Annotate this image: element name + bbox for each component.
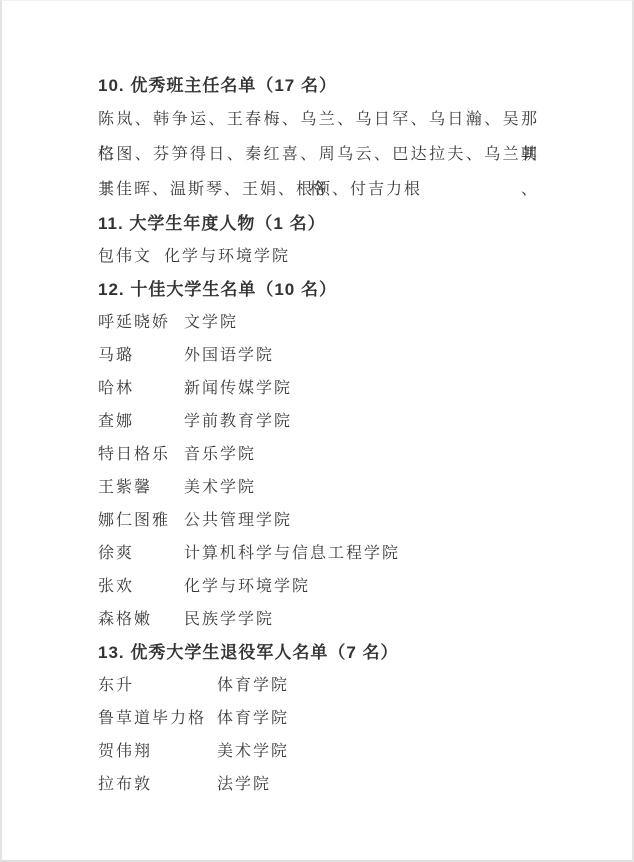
awardee-name: 包伟文: [98, 240, 164, 273]
awardee-college: 体育学院: [217, 702, 539, 735]
awardee-name: 王紫馨: [98, 471, 184, 504]
award-entry-row: 鲁草道毕力格 体育学院: [98, 702, 539, 735]
award-entry-row: 贺伟翔 美术学院: [98, 735, 539, 768]
awardee-college: 美术学院: [184, 471, 539, 504]
awardee-name: 张欢: [98, 570, 184, 603]
awardee-name: 鲁草道毕力格: [98, 702, 217, 735]
awardee-college: 美术学院: [217, 735, 539, 768]
document-content: 10. 优秀班主任名单（17 名） 陈岚、韩争运、王春梅、乌兰、乌日罕、乌日瀚、…: [98, 69, 539, 801]
award-entry-row: 娜仁图雅 公共管理学院: [98, 504, 539, 537]
awardee-college: 学前教育学院: [184, 405, 539, 438]
awardee-name: 徐爽: [98, 537, 184, 570]
awardee-college: 公共管理学院: [184, 504, 539, 537]
award-entry-row: 森格嫩 民族学学院: [98, 603, 539, 636]
award-entry-row: 东升 体育学院: [98, 669, 539, 702]
section-heading-12: 12. 十佳大学生名单（10 名）: [98, 273, 539, 306]
award-entry-row: 张欢 化学与环境学院: [98, 570, 539, 603]
awardee-name: 拉布敦: [98, 768, 217, 801]
document-page: 10. 优秀班主任名单（17 名） 陈岚、韩争运、王春梅、乌兰、乌日罕、乌日瀚、…: [0, 0, 634, 862]
names-paragraph-line: 陈岚、韩争运、王春梅、乌兰、乌日罕、乌日瀚、吴那仁朝: [98, 102, 539, 137]
awardee-college: 法学院: [217, 768, 539, 801]
awardee-college: 民族学学院: [184, 603, 539, 636]
awardee-college: 新闻传媒学院: [184, 372, 539, 405]
awardee-name: 马璐: [98, 339, 184, 372]
award-entry-row: 特日格乐 音乐学院: [98, 438, 539, 471]
section-heading-13: 13. 优秀大学生退役军人名单（7 名）: [98, 636, 539, 669]
award-entry-row: 拉布敦 法学院: [98, 768, 539, 801]
awardee-college: 体育学院: [217, 669, 539, 702]
awardee-college: 计算机科学与信息工程学院: [184, 537, 539, 570]
award-entry-row: 王紫馨 美术学院: [98, 471, 539, 504]
awardee-name: 贺伟翔: [98, 735, 217, 768]
awardee-college: 化学与环境学院: [184, 570, 539, 603]
awardee-name: 哈林: [98, 372, 184, 405]
awardee-college: 音乐学院: [184, 438, 539, 471]
awardee-name: 东升: [98, 669, 217, 702]
section-heading-10: 10. 优秀班主任名单（17 名）: [98, 69, 539, 102]
award-entry-row: 哈林 新闻传媒学院: [98, 372, 539, 405]
section-heading-11: 11. 大学生年度人物（1 名）: [98, 207, 539, 240]
awardee-college: 化学与环境学院: [164, 240, 539, 273]
award-entry-row: 马璐 外国语学院: [98, 339, 539, 372]
awardee-name: 特日格乐: [98, 438, 184, 471]
awardee-college: 文学院: [184, 306, 539, 339]
awardee-name: 呼延晓娇: [98, 306, 184, 339]
awardee-name: 查娜: [98, 405, 184, 438]
award-entry-row: 徐爽 计算机科学与信息工程学院: [98, 537, 539, 570]
award-entry-row: 呼延晓娇 文学院: [98, 306, 539, 339]
awardee-name: 森格嫩: [98, 603, 184, 636]
awardee-name: 娜仁图雅: [98, 504, 184, 537]
awardee-college: 外国语学院: [184, 339, 539, 372]
award-entry-row: 包伟文 化学与环境学院: [98, 240, 539, 273]
names-paragraph-line: 格图、芬笋得日、秦红喜、周乌云、巴达拉夫、乌兰其其格、: [98, 137, 539, 172]
award-entry-row: 查娜 学前教育学院: [98, 405, 539, 438]
